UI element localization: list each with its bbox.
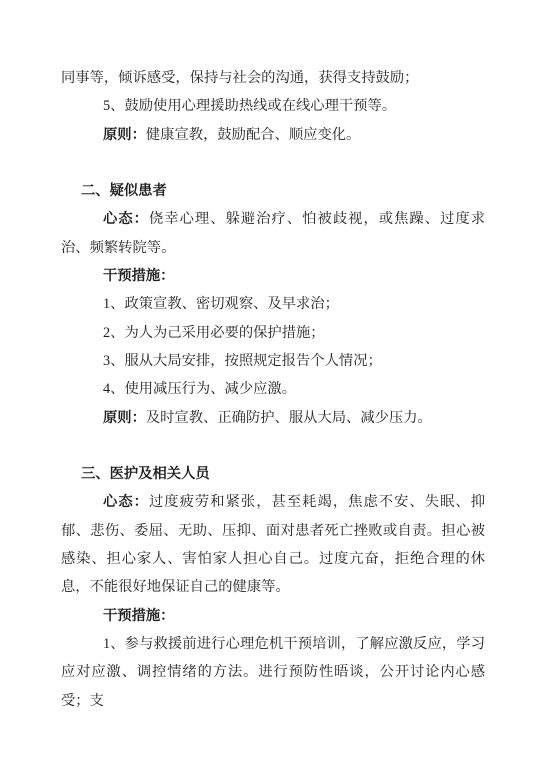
section-heading: 二、疑似患者 [61,177,485,205]
body-paragraph: 干预措施： [61,262,485,290]
body-paragraph: 干预措施： [61,602,485,630]
paragraph-text: 2、为人为己采用必要的保护措施； [103,325,325,341]
paragraph-text: 1、参与救援前进行心理危机干预培训，了解应激反应，学习应对应激、调控情绪的方法。… [61,636,485,709]
body-paragraph: 心态：侥幸心理、躲避治疗、怕被歧视，或焦躁、过度求治、频繁转院等。 [61,205,485,262]
paragraph-text: 3、服从大局安排，按照规定报告个人情况； [103,353,382,369]
paragraph-text: 5、鼓励使用心理援助热线或在线心理干预等。 [103,98,396,114]
body-paragraph: 心态：过度疲劳和紧张，甚至耗竭，焦虑不安、失眠、抑郁、悲伤、委屈、无助、压抑、面… [61,488,485,601]
body-paragraph: 1、参与救援前进行心理危机干预培训，了解应激反应，学习应对应激、调控情绪的方法。… [61,630,485,715]
body-paragraph: 原则：健康宣教，鼓励配合、顺应变化。 [61,121,485,149]
paragraph-text: 4、使用减压行为、减少应激。 [103,381,296,397]
heading-text: 三、医护及相关人员 [81,466,210,482]
body-paragraph: 原则：及时宣教、正确防护、服从大局、减少压力。 [61,404,485,432]
paragraph-text: 同事等，倾诉感受，保持与社会的沟通，获得支持鼓励； [61,70,418,86]
heading-text: 二、疑似患者 [81,183,167,199]
document-page: 同事等，倾诉感受，保持与社会的沟通，获得支持鼓励； 5、鼓励使用心理援助热线或在… [0,0,543,768]
section-heading: 三、医护及相关人员 [61,460,485,488]
paragraph-lead: 心态： [103,211,149,227]
document-content: 同事等，倾诉感受，保持与社会的沟通，获得支持鼓励； 5、鼓励使用心理援助热线或在… [61,64,485,715]
body-paragraph: 1、政策宣教、密切观察、及早求治； [61,290,485,318]
paragraph-text: 健康宣教，鼓励配合、顺应变化。 [146,127,360,143]
paragraph-lead: 原则： [103,127,146,143]
paragraph-lead: 干预措施： [103,608,174,624]
body-paragraph: 5、鼓励使用心理援助热线或在线心理干预等。 [61,92,485,120]
paragraph-lead: 原则： [103,410,146,426]
body-paragraph: 4、使用减压行为、减少应激。 [61,375,485,403]
body-paragraph: 同事等，倾诉感受，保持与社会的沟通，获得支持鼓励； [61,64,485,92]
body-paragraph: 3、服从大局安排，按照规定报告个人情况； [61,347,485,375]
paragraph-lead: 干预措施： [103,268,174,284]
paragraph-text: 1、政策宣教、密切观察、及早求治； [103,296,339,312]
body-paragraph: 2、为人为己采用必要的保护措施； [61,319,485,347]
paragraph-text: 及时宣教、正确防护、服从大局、减少压力。 [146,410,432,426]
paragraph-lead: 心态： [103,494,149,510]
